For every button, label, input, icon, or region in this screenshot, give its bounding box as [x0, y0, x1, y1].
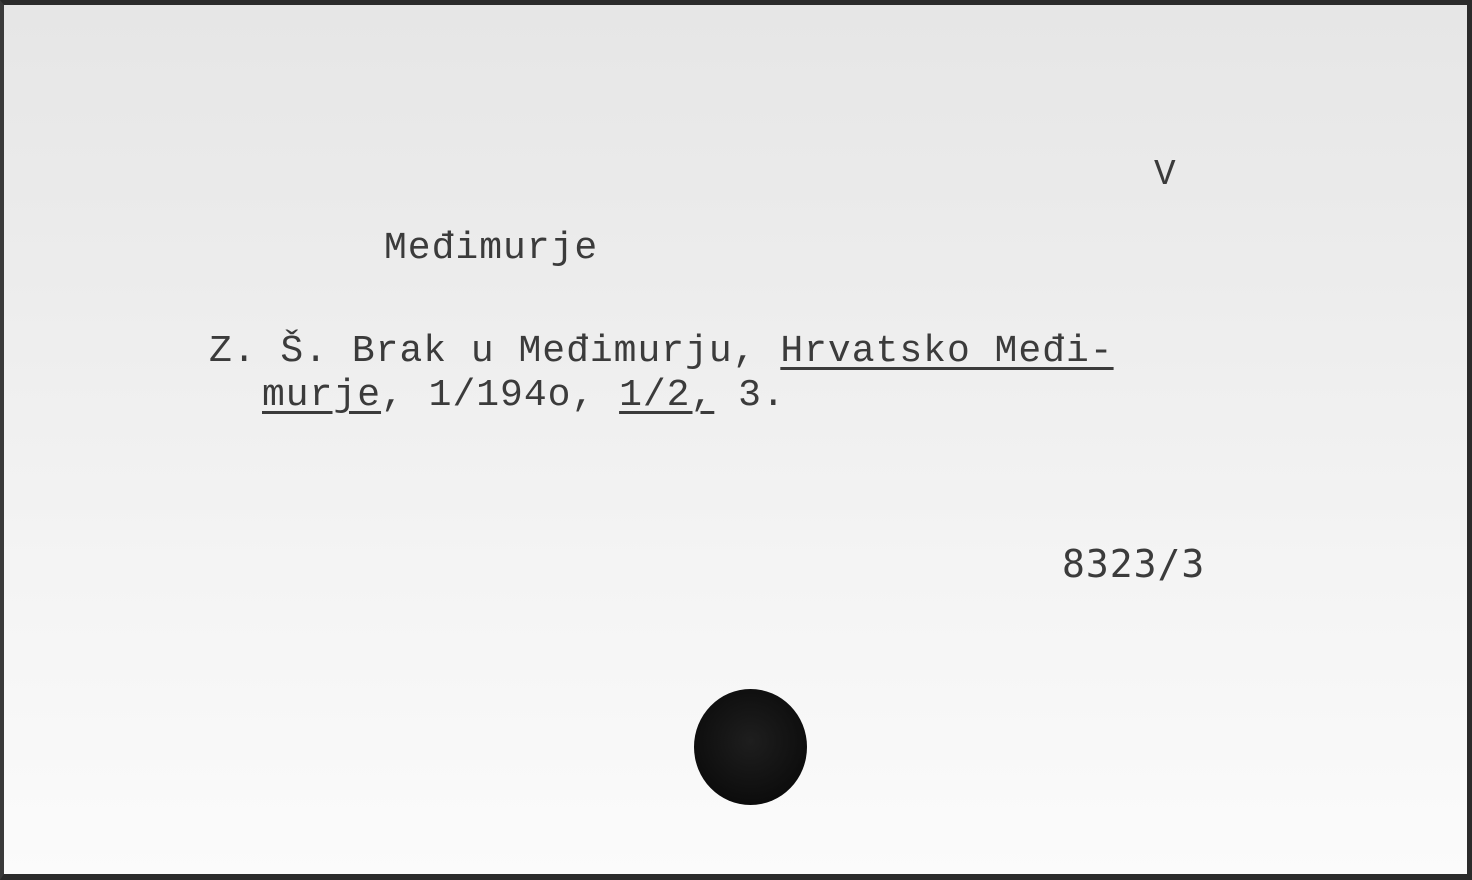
citation-pages-end: 3. — [714, 374, 785, 417]
citation-issue: , 1/194o, — [381, 374, 619, 417]
citation-source-part2: murje — [262, 374, 381, 417]
catalog-card: V Međimurje Z. Š. Brak u Međimurju, Hrva… — [0, 0, 1472, 880]
citation-line-2: murje, 1/194o, 1/2, 3. — [262, 377, 786, 415]
citation-author: Z. Š. — [209, 330, 328, 373]
subject-heading: Međimurje — [384, 230, 598, 268]
call-number: 8323/3 — [1062, 545, 1205, 583]
citation-line-1: Z. Š. Brak u Međimurju, Hrvatsko Međi- — [209, 333, 1114, 371]
citation-title: Brak u Međimurju, — [352, 330, 757, 373]
citation-source-part1: Hrvatsko Međi- — [780, 330, 1113, 373]
punch-hole — [694, 689, 807, 805]
corner-mark: V — [1154, 157, 1177, 193]
citation-pages-underlined: 1/2, — [619, 374, 714, 417]
